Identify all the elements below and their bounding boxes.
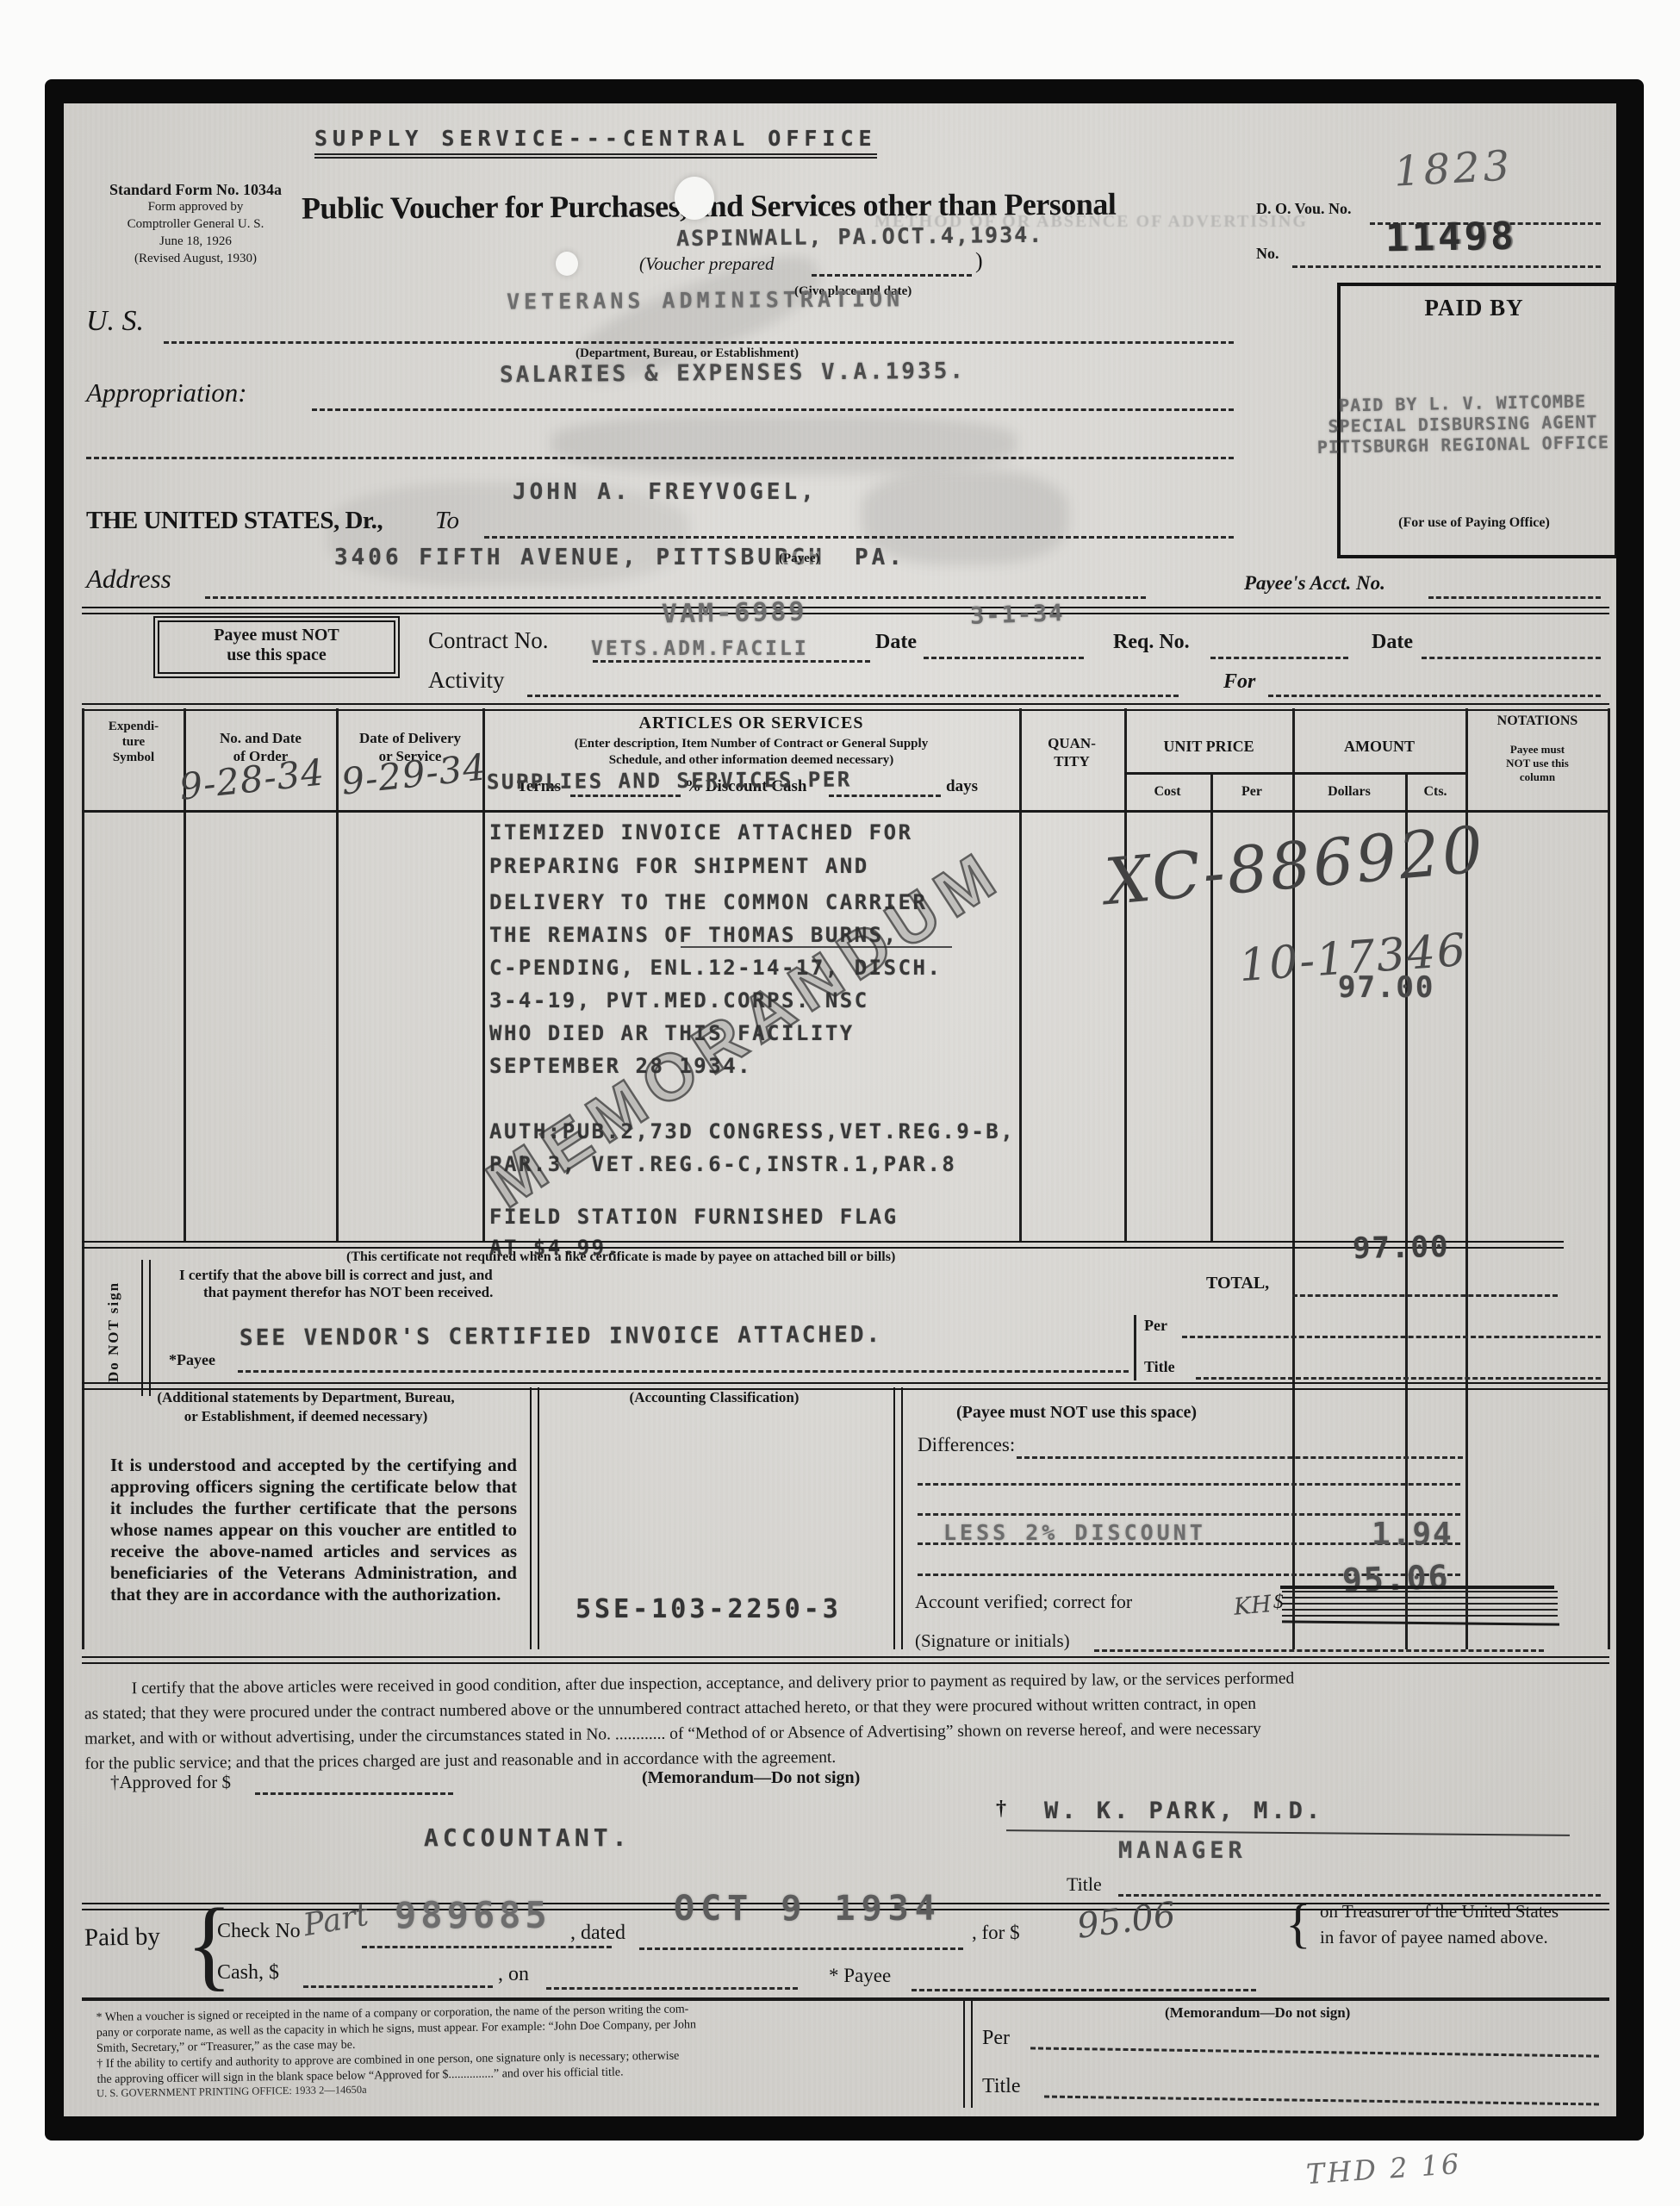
no-label: No. (1256, 245, 1279, 263)
score-hatch (1282, 1591, 1558, 1620)
payee-hint: (Payee) (779, 551, 819, 566)
memorandum-hint: (Memorandum—Do not sign) (642, 1768, 860, 1788)
accounting-hint: (Accounting Classification) (538, 1389, 890, 1406)
table-column-line (336, 708, 339, 1243)
bottom-per-line (1030, 2047, 1599, 2057)
verified-initials: KH (1233, 1591, 1272, 1621)
total-label: TOTAL, (1206, 1274, 1269, 1293)
voucher-page: METHOD OF OR ABSENCE OF ADVERTISING SUPP… (64, 103, 1616, 2116)
paid-by-brace: { (186, 1886, 233, 2003)
appropriation-line2 (86, 457, 1234, 459)
cert-per-divider (1134, 1315, 1136, 1380)
col-articles-subheader: (Enter description, Item Number of Contr… (484, 736, 1018, 769)
column-divider (530, 1387, 539, 1649)
cert-payee-label: *Payee (169, 1351, 215, 1369)
additional-body: It is understood and accepted by the cer… (110, 1455, 517, 1605)
treasurer-line: in favor of payee named above. (1320, 1927, 1548, 1948)
manager-title-stamp: MANAGER (1118, 1837, 1247, 1864)
for-label: For (1223, 670, 1255, 694)
cert-per-line (1182, 1336, 1601, 1338)
differences-line (1017, 1456, 1463, 1459)
cert-title-line (1196, 1377, 1601, 1380)
col-dollars-header: Dollars (1294, 784, 1404, 800)
differences-label: Differences: (918, 1434, 1015, 1456)
articles-overlay-line: SUPPLIES AND SERVICES PER (487, 768, 852, 795)
form-revised-line: (Revised August, 1930) (79, 250, 312, 267)
paid-payee-line (912, 1989, 1256, 1991)
bottom-memo-hint: (Memorandum—Do not sign) (1165, 2004, 1350, 2022)
margin-pencil-note: THD 2 16 (1305, 2147, 1463, 2190)
bleed-smudge (551, 414, 1017, 474)
dagger-mark: † (996, 1798, 1006, 1821)
contract-no-label: Contract No. (428, 627, 548, 654)
payee-address-stamp: 3406 FIFTH AVENUE, PITTSBURGH (334, 545, 825, 570)
col-per-header: Per (1212, 784, 1291, 800)
col-expenditure-header: Expendi- ture Symbol (84, 719, 184, 765)
department-stamp: VETERANS ADMINISTRATION (507, 286, 904, 314)
paying-office-hint: (For use of Paying Office) (1337, 515, 1611, 531)
req-no-line (1210, 657, 1348, 659)
check-no-line (362, 1946, 612, 1948)
supply-service-header: SUPPLY SERVICE---CENTRAL OFFICE (314, 126, 877, 159)
cash-label: Cash, $ (217, 1961, 279, 1985)
account-verified-label: Account verified; correct for (915, 1591, 1132, 1613)
no-line (1292, 265, 1601, 268)
do-vou-no-label: D. O. Vou. No. (1256, 200, 1352, 218)
form-approved-line: Comptroller General U. S. (79, 215, 312, 233)
table-bottom-rule (82, 1241, 1564, 1249)
article-line: PREPARING FOR SHIPMENT AND (489, 854, 869, 878)
header-bottom-rule (82, 810, 1609, 813)
on-label: , on (498, 1963, 529, 1986)
accountant-stamp: ACCOUNTANT. (424, 1823, 631, 1852)
paid-by-label: PAID BY (1337, 295, 1611, 321)
cert-payee-line (238, 1370, 1129, 1373)
contract-no-line (593, 660, 870, 663)
terms-days-label: days (946, 777, 978, 796)
total-line (1292, 1294, 1558, 1297)
form-number: Standard Form No. 1034a (79, 181, 312, 198)
amount-entry: 97.00 (1338, 970, 1434, 1005)
payee-not-use-box: Payee must NOT use this space (158, 620, 395, 674)
contract-date-line (924, 657, 1084, 659)
cert-per-label: Per (1144, 1317, 1167, 1335)
us-line (164, 341, 1234, 344)
table-column-line (82, 708, 84, 1649)
for-amount-label: , for $ (972, 1922, 1020, 1944)
additional-hint-line: or Establishment, if deemed necessary) (86, 1408, 526, 1425)
receipt-paragraph: I certify that the above articles were r… (84, 1663, 1603, 1776)
certificate-line: that payment therefor has NOT been recei… (203, 1284, 493, 1301)
certificate-divider (141, 1260, 151, 1396)
accounting-code-stamp: 5SE-103-2250-3 (576, 1594, 842, 1624)
address-label: Address (86, 564, 171, 595)
punch-hole (675, 177, 714, 220)
approved-for-line (255, 1792, 453, 1795)
punch-hole (556, 252, 578, 276)
table-column-line (1019, 708, 1022, 1243)
payee-acct-line (1428, 596, 1601, 599)
voucher-prepared-label: (Voucher prepared (639, 253, 775, 275)
united-states-dr-label: THE UNITED STATES, Dr., (86, 507, 383, 535)
footnote-divider (963, 2001, 973, 2108)
payee-state-stamp: PA. (855, 545, 905, 570)
payee-space-hint: (Payee must NOT use this space) (956, 1403, 1197, 1423)
dated-line (639, 1947, 963, 1950)
disbursing-agent-stamp: PAID BY L. V. WITCOMBE SPECIAL DISBURSIN… (1281, 389, 1616, 458)
paid-payee-label: * Payee (829, 1965, 891, 1987)
footnote-block: * When a voucher is signed or receipted … (96, 1998, 958, 2088)
col-cts-header: Cts. (1407, 784, 1464, 800)
paid-by-row-label: Paid by (84, 1922, 160, 1953)
article-line: FIELD STATION FURNISHED FLAG (489, 1205, 899, 1229)
manager-name-stamp: W. K. PARK, M.D. (1044, 1798, 1323, 1824)
for-line (1268, 695, 1601, 697)
handwritten-top-number: 1823 (1393, 141, 1515, 196)
differences-line3 (918, 1513, 1460, 1516)
contract-date-label: Date (875, 631, 917, 654)
cert-title-label: Title (1144, 1358, 1175, 1376)
col-articles-header: ARTICLES OR SERVICES (484, 714, 1018, 733)
payee-name-stamp: JOHN A. FREYVOGEL, (513, 479, 818, 505)
check-no-label: Check No (217, 1920, 301, 1943)
req-no-label: Req. No. (1113, 631, 1190, 654)
table-top-rule (82, 703, 1609, 711)
approval-title-label: Title (1067, 1873, 1102, 1896)
voucher-prepared-paren: ) (975, 248, 983, 274)
col-notations-header: NOTATIONS (1467, 714, 1608, 729)
payee-not-use-line: use this space (159, 645, 394, 665)
do-not-sign-label: Do NOT sign (105, 1268, 122, 1382)
bottom-title-label: Title (982, 2075, 1020, 2098)
check-date-stamp: OCT 9 1934 (674, 1889, 942, 1929)
terms-line (570, 795, 681, 797)
section-rule (82, 607, 1609, 614)
differences-line2 (918, 1483, 1460, 1486)
department-hint: (Department, Bureau, or Establishment) (576, 346, 799, 361)
total-entry: 97.00 (1353, 1230, 1450, 1266)
us-label: U. S. (86, 305, 144, 338)
to-label: To (435, 507, 459, 535)
payee-line (484, 536, 1234, 539)
col-amount-header: AMOUNT (1294, 738, 1465, 756)
form-approved-line: Form approved by (79, 198, 312, 215)
appropriation-label: Appropriation: (86, 377, 247, 408)
approval-title-line (1118, 1894, 1601, 1897)
certificate-hint: (This certificate not required when a li… (346, 1249, 895, 1265)
vendor-invoice-note: SEE VENDOR'S CERTIFIED INVOICE ATTACHED. (240, 1322, 882, 1351)
handwritten-claim-number: XC-886920 (1102, 813, 1488, 919)
discount-stamp: LESS 2% DISCOUNT (943, 1520, 1206, 1545)
voucher-prepared-line (812, 274, 972, 277)
terms-line2 (829, 795, 941, 797)
bottom-per-label: Per (982, 2027, 1010, 2050)
bottom-title-line (1044, 2096, 1599, 2106)
article-line: ITEMIZED INVOICE ATTACHED FOR (489, 820, 913, 844)
discount-amount: 1.94 (1372, 1517, 1453, 1552)
payee-acct-label: Payee's Acct. No. (1244, 572, 1385, 595)
dollar-sign: $ (1273, 1591, 1284, 1613)
check-number-stamp: 989685 (395, 1894, 551, 1936)
form-approved-line: June 18, 1926 (79, 233, 312, 250)
cash-line (303, 1985, 493, 1988)
signature-line (1094, 1649, 1544, 1652)
treasurer-brace: { (1285, 1894, 1311, 1955)
additional-hint-line: (Additional statements by Department, Bu… (86, 1389, 526, 1406)
contract-date-stamp: 3-1-34 (969, 600, 1065, 630)
dated-label: , dated (570, 1922, 625, 1945)
certificate-line: I certify that the above bill is correct… (179, 1267, 493, 1284)
activity-label: Activity (428, 667, 505, 694)
receipt-top-rule (82, 1656, 1609, 1664)
col-notations-subheader: Payee must NOT use this column (1467, 743, 1608, 784)
page-title: Public Voucher for Purchases, and Servic… (302, 185, 1172, 226)
vam-stamp: VAM-6989 (662, 597, 807, 630)
place-date-stamp: ASPINWALL, PA.OCT.4,1934. (676, 222, 1044, 251)
table-column-line (1608, 708, 1610, 1649)
col-cost-header: Cost (1126, 784, 1209, 800)
column-divider (893, 1387, 903, 1649)
activity-line (527, 695, 1179, 697)
payee-not-use-line: Payee must NOT (159, 626, 394, 645)
col-quantity-header: QUAN- TITY (1021, 734, 1123, 770)
manager-signature-line (1006, 1829, 1570, 1836)
score-rule2 (1282, 1620, 1559, 1625)
approved-for-label: †Approved for $ (110, 1772, 231, 1793)
appropriation-line (312, 408, 1234, 411)
gpo-line: U. S. GOVERNMENT PRINTING OFFICE: 1933 2… (96, 2084, 367, 2100)
req-date-label: Date (1372, 631, 1413, 654)
voucher-number-stamp: 11498 (1385, 215, 1517, 261)
form-number-block: Standard Form No. 1034a Form approved by… (79, 181, 312, 267)
appropriation-stamp: SALARIES & EXPENSES V.A.1935. (500, 358, 966, 389)
treasurer-line: on Treasurer of the United States (1320, 1901, 1559, 1922)
score-rule (1280, 1586, 1554, 1589)
unit-amount-subrule (1124, 772, 1465, 775)
signature-hint: (Signature or initials) (915, 1630, 1070, 1652)
col-unit-price-header: UNIT PRICE (1126, 738, 1291, 756)
on-line (546, 1987, 798, 1990)
contract-no-stamp: VETS.ADM.FACILI (591, 638, 809, 660)
req-date-line (1422, 657, 1601, 659)
